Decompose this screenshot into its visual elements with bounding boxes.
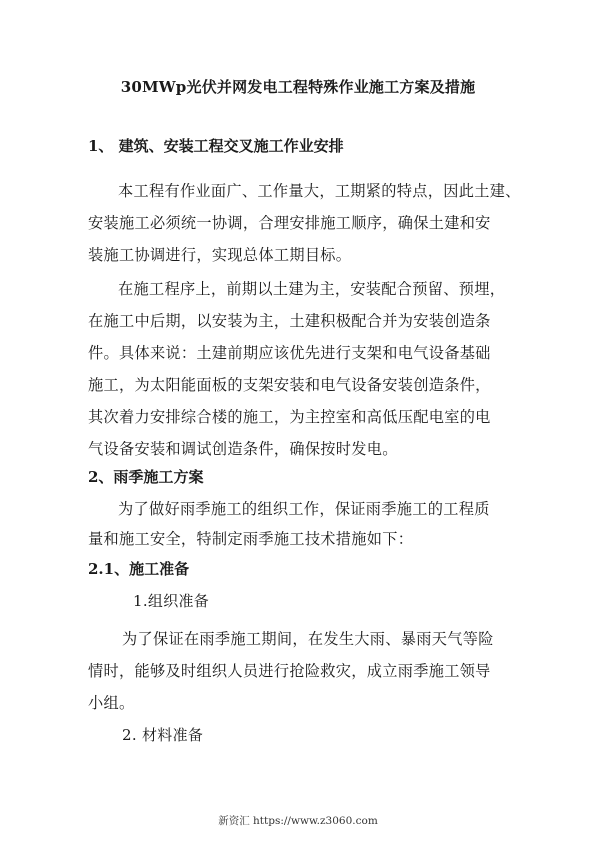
paragraph-line: 为了做好雨季施工的组织工作，保证雨季施工的工程质 bbox=[118, 498, 490, 519]
item-1-label: 1.组织准备 bbox=[133, 590, 209, 611]
section-2-heading: 2、雨季施工方案 bbox=[88, 466, 203, 487]
item-2-label: 2. 材料准备 bbox=[122, 724, 203, 745]
paragraph-line: 小组。 bbox=[88, 692, 134, 713]
paragraph-line: 施工，为太阳能面板的支架安装和电气设备安装创造条件， bbox=[88, 374, 491, 395]
paragraph-line: 其次着力安排综合楼的施工，为主控室和高低压配电室的电 bbox=[88, 406, 491, 427]
paragraph-line: 气设备安装和调试创造条件，确保按时发电。 bbox=[88, 438, 398, 459]
paragraph-line: 为了保证在雨季施工期间，在发生大雨、暴雨天气等险 bbox=[122, 628, 494, 649]
paragraph-line: 在施工程序上，前期以土建为主，安装配合预留、预埋， bbox=[118, 278, 505, 299]
paragraph-line: 件。具体来说：土建前期应该优先进行支架和电气设备基础 bbox=[88, 342, 491, 363]
section-1-heading: 1、 建筑、安装工程交叉施工作业安排 bbox=[88, 135, 344, 156]
document-title: 30MWp光伏并网发电工程特殊作业施工方案及措施 bbox=[0, 76, 596, 97]
paragraph-line: 装施工协调进行，实现总体工期目标。 bbox=[88, 244, 351, 265]
paragraph-line: 本工程有作业面广、工作量大，工期紧的特点，因此土建、 bbox=[118, 180, 521, 201]
footer-watermark: 新资汇 https://www.z3060.com bbox=[0, 813, 596, 828]
paragraph-line: 在施工中后期，以安装为主，土建积极配合并为安装创造条 bbox=[88, 310, 491, 331]
paragraph-line: 情时，能够及时组织人员进行抢险救灾，成立雨季施工领导 bbox=[88, 660, 491, 681]
subsection-2-1-heading: 2.1、施工准备 bbox=[88, 558, 189, 579]
paragraph-line: 安装施工必须统一协调，合理安排施工顺序，确保土建和安 bbox=[88, 212, 491, 233]
paragraph-line: 量和施工安全，特制定雨季施工技术措施如下： bbox=[88, 528, 413, 549]
